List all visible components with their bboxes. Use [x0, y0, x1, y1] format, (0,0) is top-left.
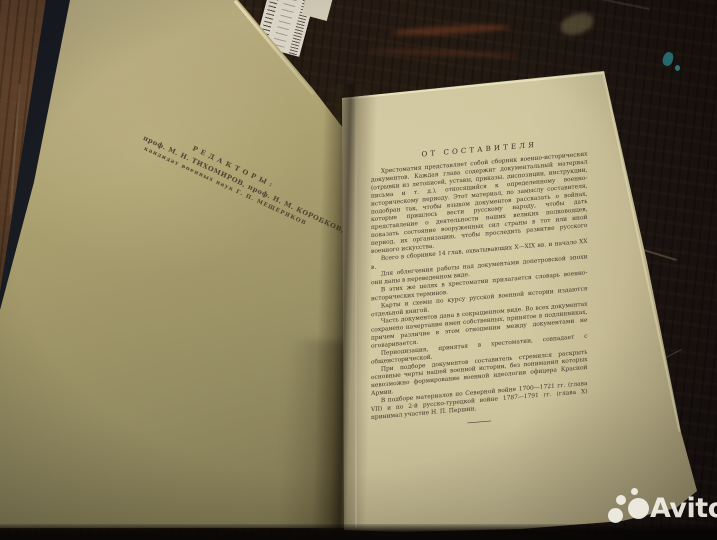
photo-open-book: РЕДАКТОРЫ: проф. М. Н. ТИХОМИРОВ, проф. …	[0, 0, 717, 540]
ruler-ticks	[272, 0, 299, 51]
avito-watermark: Avito	[598, 484, 717, 536]
avito-watermark-text: Avito	[650, 493, 717, 524]
teal-paint-speck	[675, 65, 680, 71]
avito-logo-icon	[600, 488, 652, 532]
compiler-foreword: ОТ СОСТАВИТЕЛЯ Хрестоматия представляет …	[371, 136, 587, 432]
